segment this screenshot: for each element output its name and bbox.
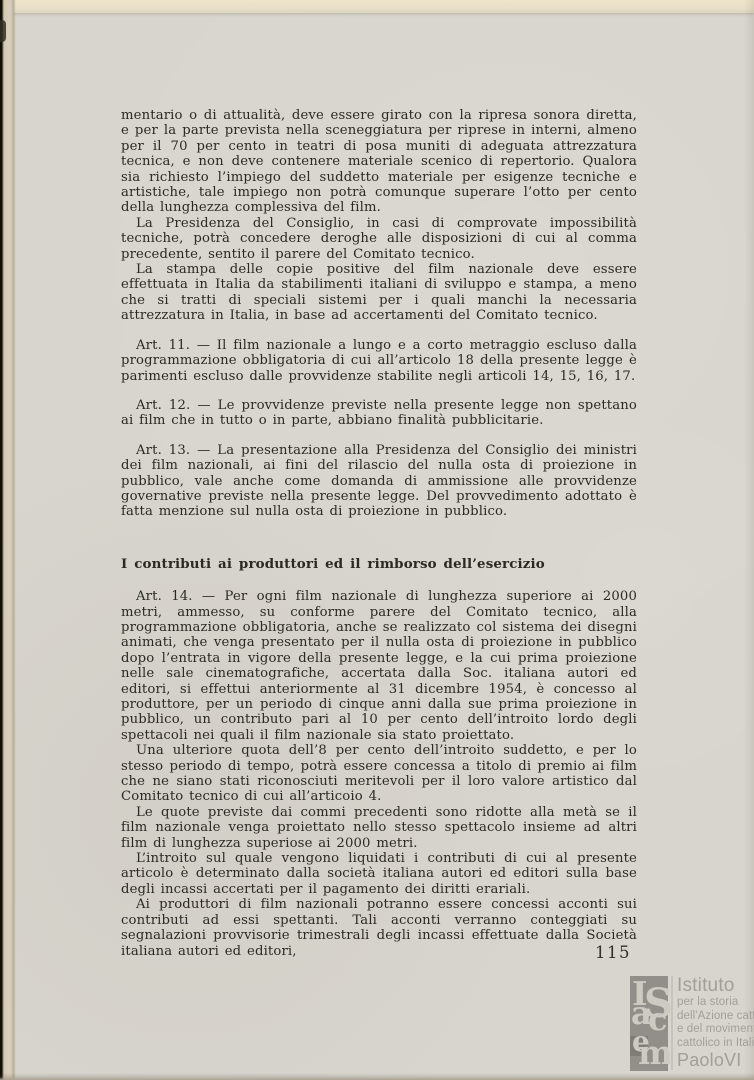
paragraph-art-14: Art. 14. — Per ogni film nazionale di lu… [121,589,637,743]
paragraph-quota-otto: Una ulteriore quota dell’8 per cento del… [121,743,637,805]
page-number: 115 [595,943,631,962]
page-right-shading [744,0,754,1080]
watermark-text: Istituto per la storia dell'Azione catto… [671,976,754,1070]
watermark-line-paolovi: PaoloVI [677,1050,754,1070]
paragraph-acconti: Ai produttori di film nazionali potranno… [121,897,637,959]
body-text: mentario o di attualità, deve essere gir… [121,108,637,959]
page-top-edge [0,0,754,13]
scanned-book-page: mentario o di attualità, deve essere gir… [0,0,754,1080]
paragraph-quote-ridotte: Le quote previste dai commi precedenti s… [121,805,637,851]
paragraph-stampa-copie: La stampa delle copie positive del film … [121,262,637,324]
isacem-watermark: I S a c e m Istituto per la storia dell'… [630,976,754,1071]
watermark-line-per-la-storia: per la storia [677,996,754,1010]
book-spine-edge [0,0,16,1080]
watermark-line-cattolico-italia: cattolico in Italia [677,1037,754,1051]
monogram-letter-m: m [638,1036,673,1069]
paragraph-introito: L’introito sul quale vengono liquidati i… [121,851,637,897]
spine-smudge [0,20,6,42]
monogram-letter-c: c [648,1003,667,1035]
paragraph-art-12: Art. 12. — Le provvidenze previste nella… [121,398,637,429]
paragraph-presidenza-deroghe: La Presidenza del Consiglio, in casi di … [121,216,637,262]
watermark-line-istituto: Istituto [677,976,754,996]
paragraph-art-13: Art. 13. — La presentazione alla Preside… [121,443,637,520]
paragraph-art-11: Art. 11. — Il film nazionale a lungo e a… [121,338,637,384]
section-heading: I contributi ai produttori ed il rimbors… [121,557,637,572]
isacem-monogram-icon: I S a c e m [630,976,668,1071]
watermark-line-azione-cattolica: dell'Azione cattolica [677,1010,754,1024]
watermark-line-movimento: e del movimento [677,1023,754,1037]
page-bottom-edge [0,1073,754,1080]
paragraph-continuation: mentario o di attualità, deve essere gir… [121,108,637,216]
